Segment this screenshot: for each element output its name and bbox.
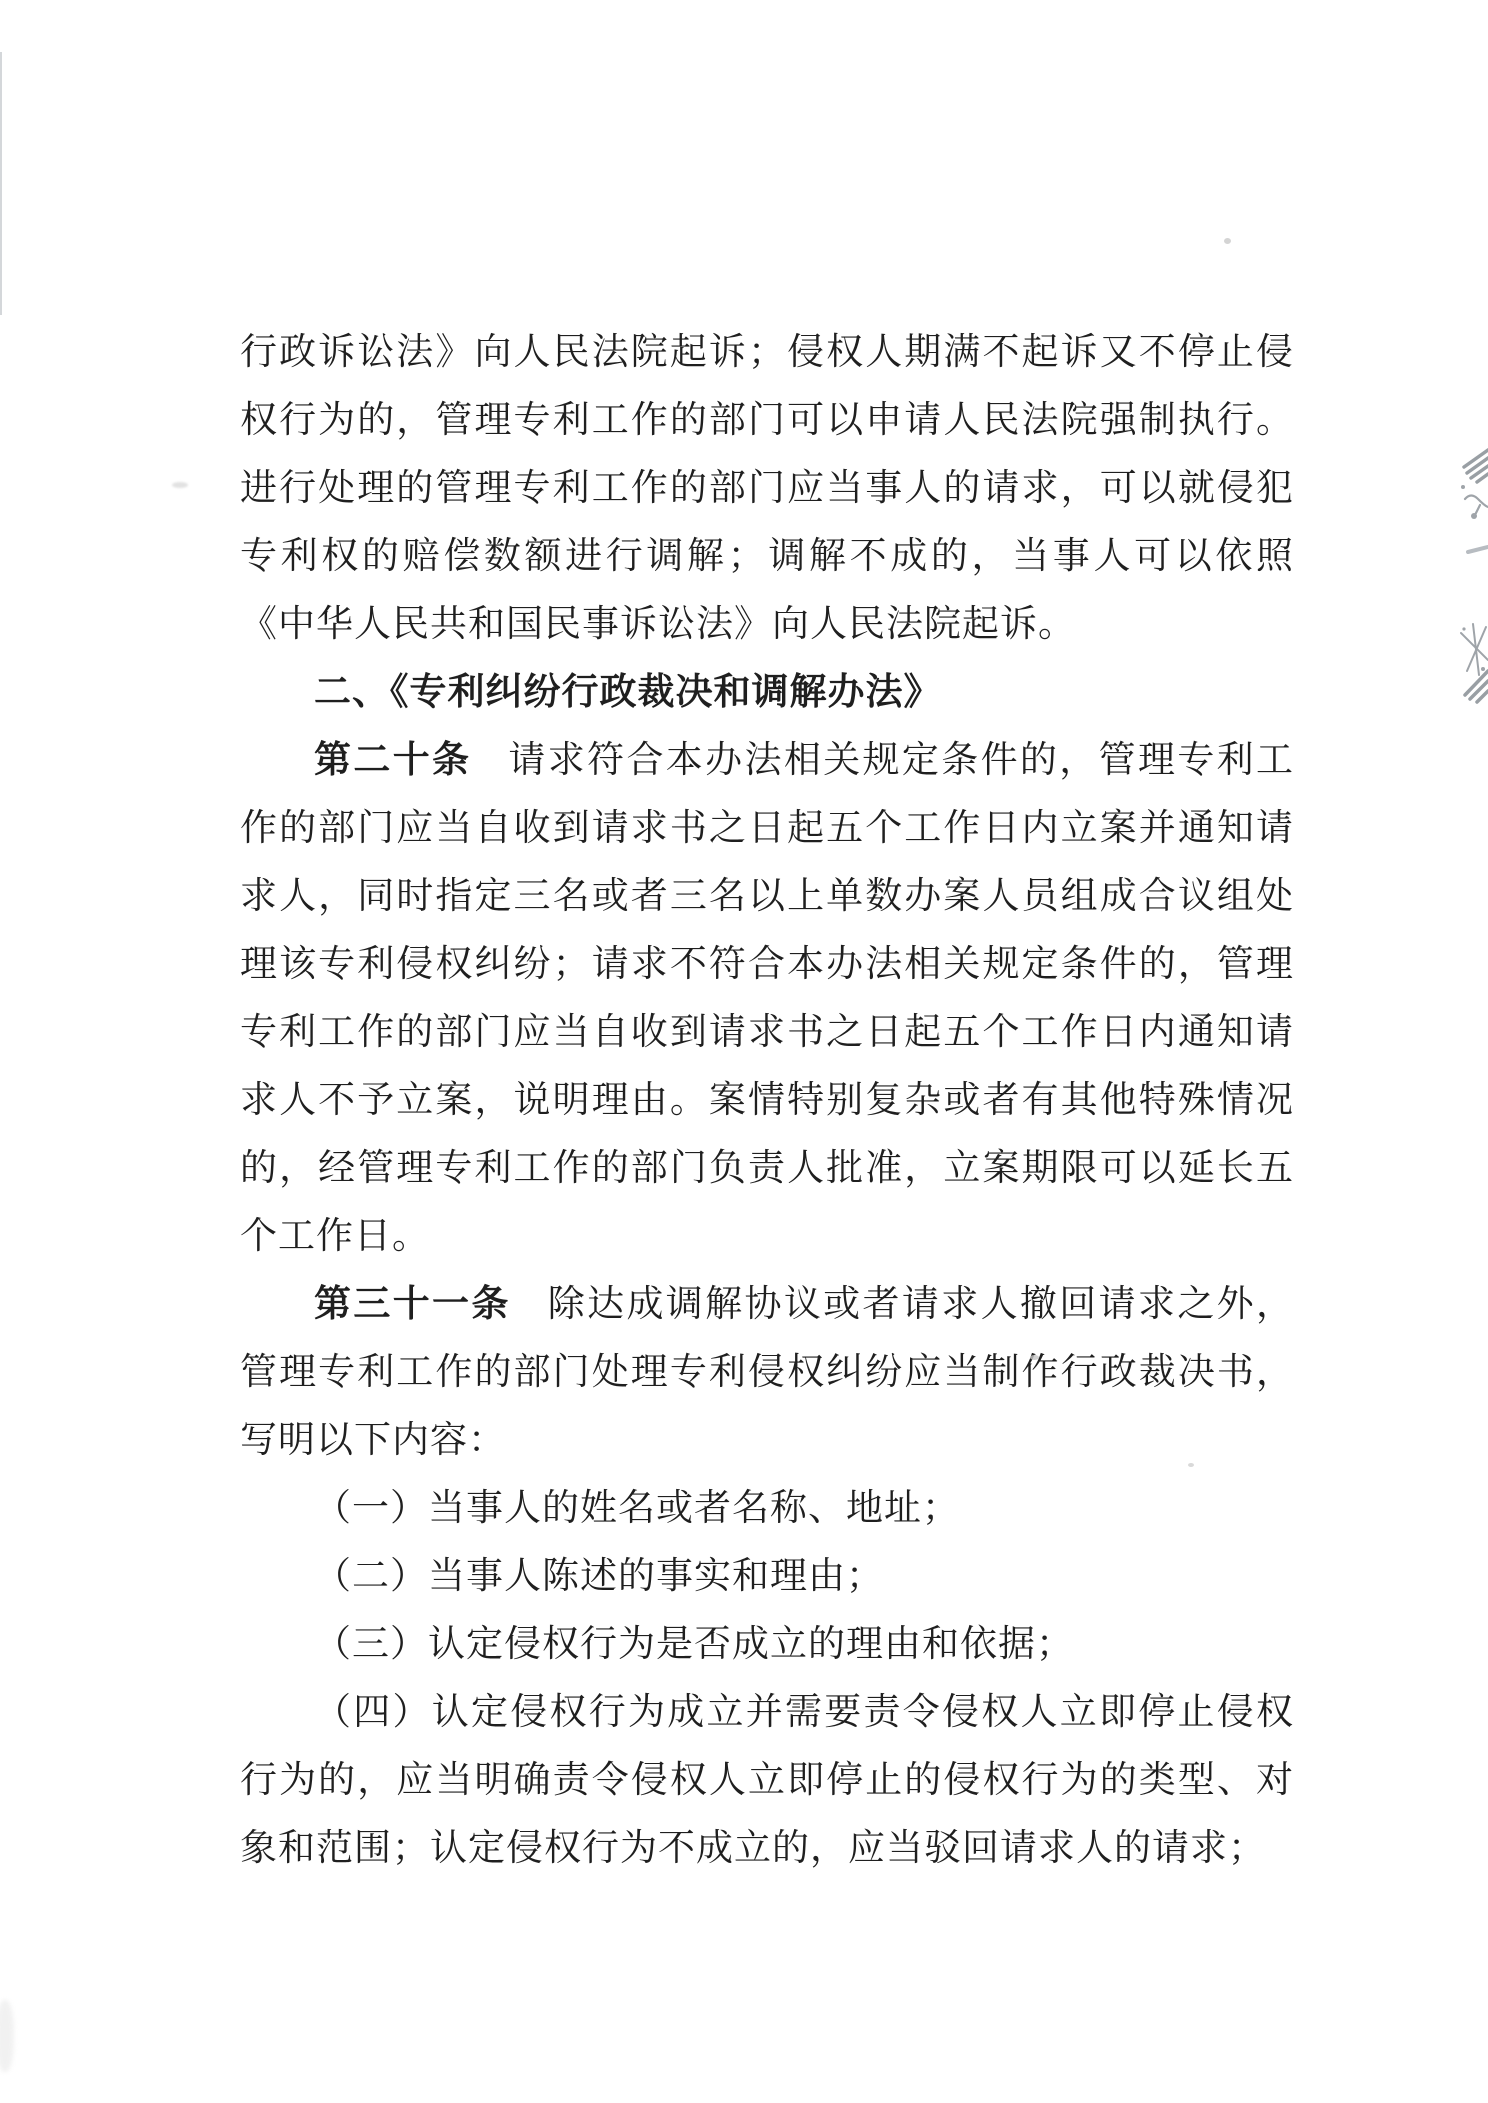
article-20-paragraph: 第二十条请求符合本办法相关规定条件的，管理专利工作的部门应当自收到请求书之日起五…: [240, 727, 1294, 1271]
scan-speck: [1224, 238, 1231, 244]
article-20-number: 第二十条: [314, 740, 471, 781]
article-20-text: 请求符合本办法相关规定条件的，管理专利工作的部门应当自收到请求书之日起五个工作日…: [240, 740, 1294, 1257]
scan-speck: [172, 482, 188, 488]
article-31-paragraph: 第三十一条除达成调解协议或者请求人撤回请求之外，管理专利工作的部门处理专利侵权纠…: [240, 1271, 1294, 1475]
list-item-2: （二）当事人陈述的事实和理由；: [240, 1543, 1294, 1611]
list-item-4: （四）认定侵权行为成立并需要责令侵权人立即停止侵权行为的，应当明确责令侵权人立即…: [240, 1679, 1294, 1883]
article-31-number: 第三十一条: [314, 1284, 511, 1325]
document-body: 行政诉讼法》向人民法院起诉；侵权人期满不起诉又不停止侵权行为的，管理专利工作的部…: [240, 319, 1294, 1883]
scan-edge-line: [0, 52, 2, 315]
scan-speck: [1188, 1463, 1194, 1467]
scan-corner-smudge: [0, 2000, 14, 2072]
scanned-document-page: 行政诉讼法》向人民法院起诉；侵权人期满不起诉又不停止侵权行为的，管理专利工作的部…: [0, 0, 1488, 2103]
ink-smudge-artifacts-icon: [1450, 445, 1488, 705]
list-item-1: （一）当事人的姓名或者名称、地址；: [240, 1475, 1294, 1543]
section-heading: 二、《专利纠纷行政裁决和调解办法》: [240, 659, 1294, 727]
paragraph-continuation: 行政诉讼法》向人民法院起诉；侵权人期满不起诉又不停止侵权行为的，管理专利工作的部…: [240, 319, 1294, 659]
list-item-3: （三）认定侵权行为是否成立的理由和依据；: [240, 1611, 1294, 1679]
scan-speck: [1030, 1355, 1039, 1360]
